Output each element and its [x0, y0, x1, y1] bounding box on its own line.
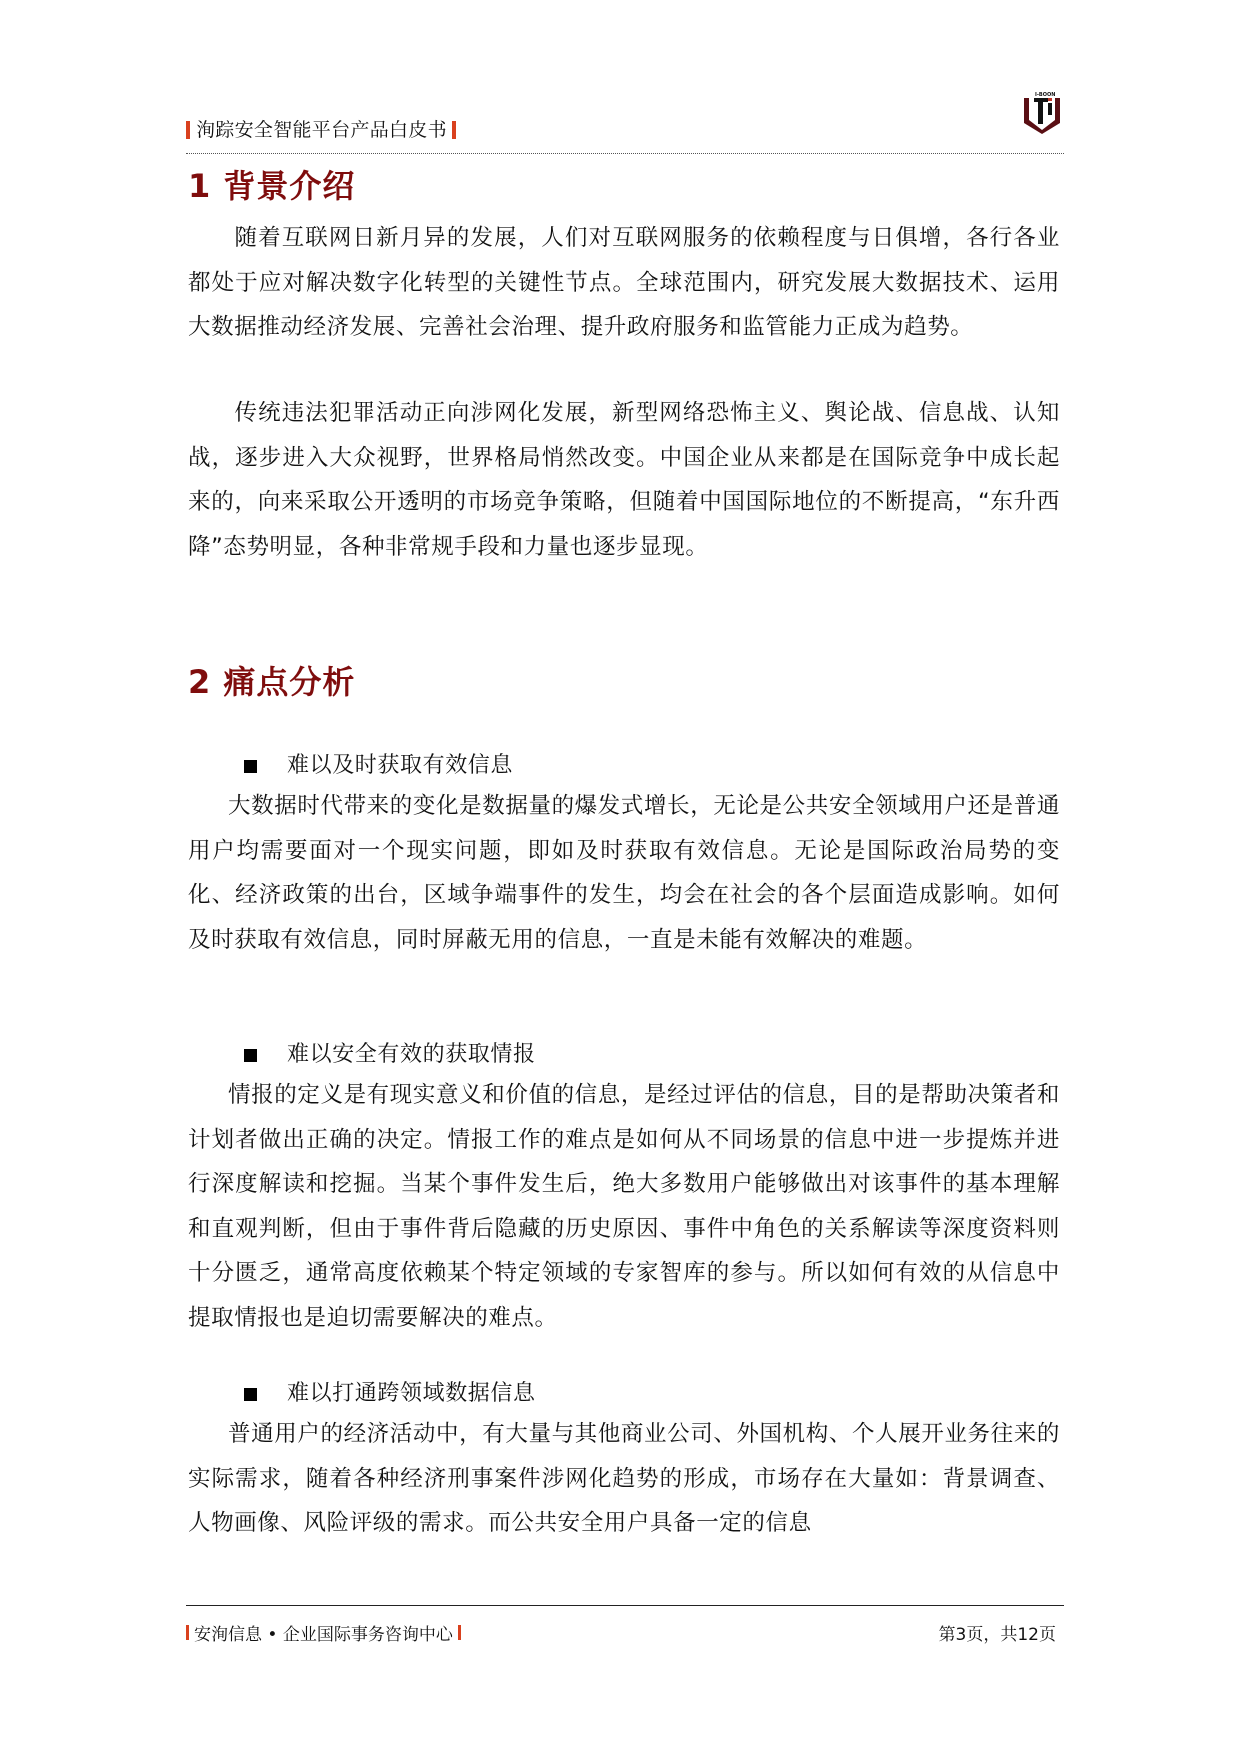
- accent-bar-left: [186, 121, 190, 139]
- page-indicator: 第3页，共12页: [939, 1620, 1056, 1645]
- accent-bar-right: [452, 121, 456, 139]
- paragraph-background-1: 随着互联网日新月异的发展，人们对互联网服务的依赖程度与日俱增，各行各业都处于应对…: [188, 216, 1060, 350]
- paragraph-point-3: 普通用户的经济活动中，有大量与其他商业公司、外国机构、个人展开业务往来的实际需求…: [188, 1412, 1060, 1546]
- header-title-wrap: 洵踪安全智能平台产品白皮书: [186, 118, 456, 142]
- paragraph-text: 情报的定义是有现实意义和价值的信息，是经过评估的信息，目的是帮助决策者和计划者做…: [188, 1082, 1060, 1331]
- footer-org-text: 安洵信息 • 企业国际事务咨询中心: [194, 1620, 453, 1645]
- footer-org: 安洵信息 • 企业国际事务咨询中心: [186, 1620, 461, 1645]
- brand-logo-icon: I-BOON: [1022, 90, 1062, 134]
- bullet-title: 难以及时获取有效信息: [287, 751, 513, 781]
- bullet-heading-3: 难以打通跨领域数据信息: [244, 1379, 536, 1409]
- page-footer: 安洵信息 • 企业国际事务咨询中心 第3页，共12页: [186, 1620, 1064, 1644]
- bullet-heading-1: 难以及时获取有效信息: [244, 751, 513, 781]
- square-bullet-icon: [244, 1049, 257, 1062]
- section-heading-background: 1 背景介绍: [188, 166, 355, 206]
- bullet-title: 难以安全有效的获取情报: [287, 1040, 536, 1070]
- paragraph-point-2: 情报的定义是有现实意义和价值的信息，是经过评估的信息，目的是帮助决策者和计划者做…: [188, 1073, 1060, 1340]
- svg-text:I-BOON: I-BOON: [1035, 92, 1055, 98]
- accent-bar-left: [186, 1625, 189, 1640]
- bullet-heading-2: 难以安全有效的获取情报: [244, 1040, 536, 1070]
- paragraph-background-2: 传统违法犯罪活动正向涉网化发展，新型网络恐怖主义、舆论战、信息战、认知战，逐步进…: [188, 391, 1060, 569]
- square-bullet-icon: [244, 760, 257, 773]
- paragraph-point-1: 大数据时代带来的变化是数据量的爆发式增长，无论是公共安全领域用户还是普通用户均需…: [188, 784, 1060, 962]
- paragraph-text: 传统违法犯罪活动正向涉网化发展，新型网络恐怖主义、舆论战、信息战、认知战，逐步进…: [188, 400, 1060, 560]
- accent-bar-right: [458, 1625, 461, 1640]
- paragraph-text: 大数据时代带来的变化是数据量的爆发式增长，无论是公共安全领域用户还是普通用户均需…: [188, 793, 1060, 953]
- paragraph-text: 随着互联网日新月异的发展，人们对互联网服务的依赖程度与日俱增，各行各业都处于应对…: [188, 225, 1060, 340]
- square-bullet-icon: [244, 1388, 257, 1401]
- document-title: 洵踪安全智能平台产品白皮书: [196, 118, 447, 142]
- page-header: 洵踪安全智能平台产品白皮书 I-BOON: [186, 82, 1064, 150]
- section-heading-pain-points: 2 痛点分析: [188, 662, 355, 702]
- bullet-title: 难以打通跨领域数据信息: [287, 1379, 536, 1409]
- header-divider: [186, 153, 1064, 154]
- paragraph-text: 普通用户的经济活动中，有大量与其他商业公司、外国机构、个人展开业务往来的实际需求…: [188, 1421, 1060, 1536]
- footer-divider: [186, 1605, 1064, 1606]
